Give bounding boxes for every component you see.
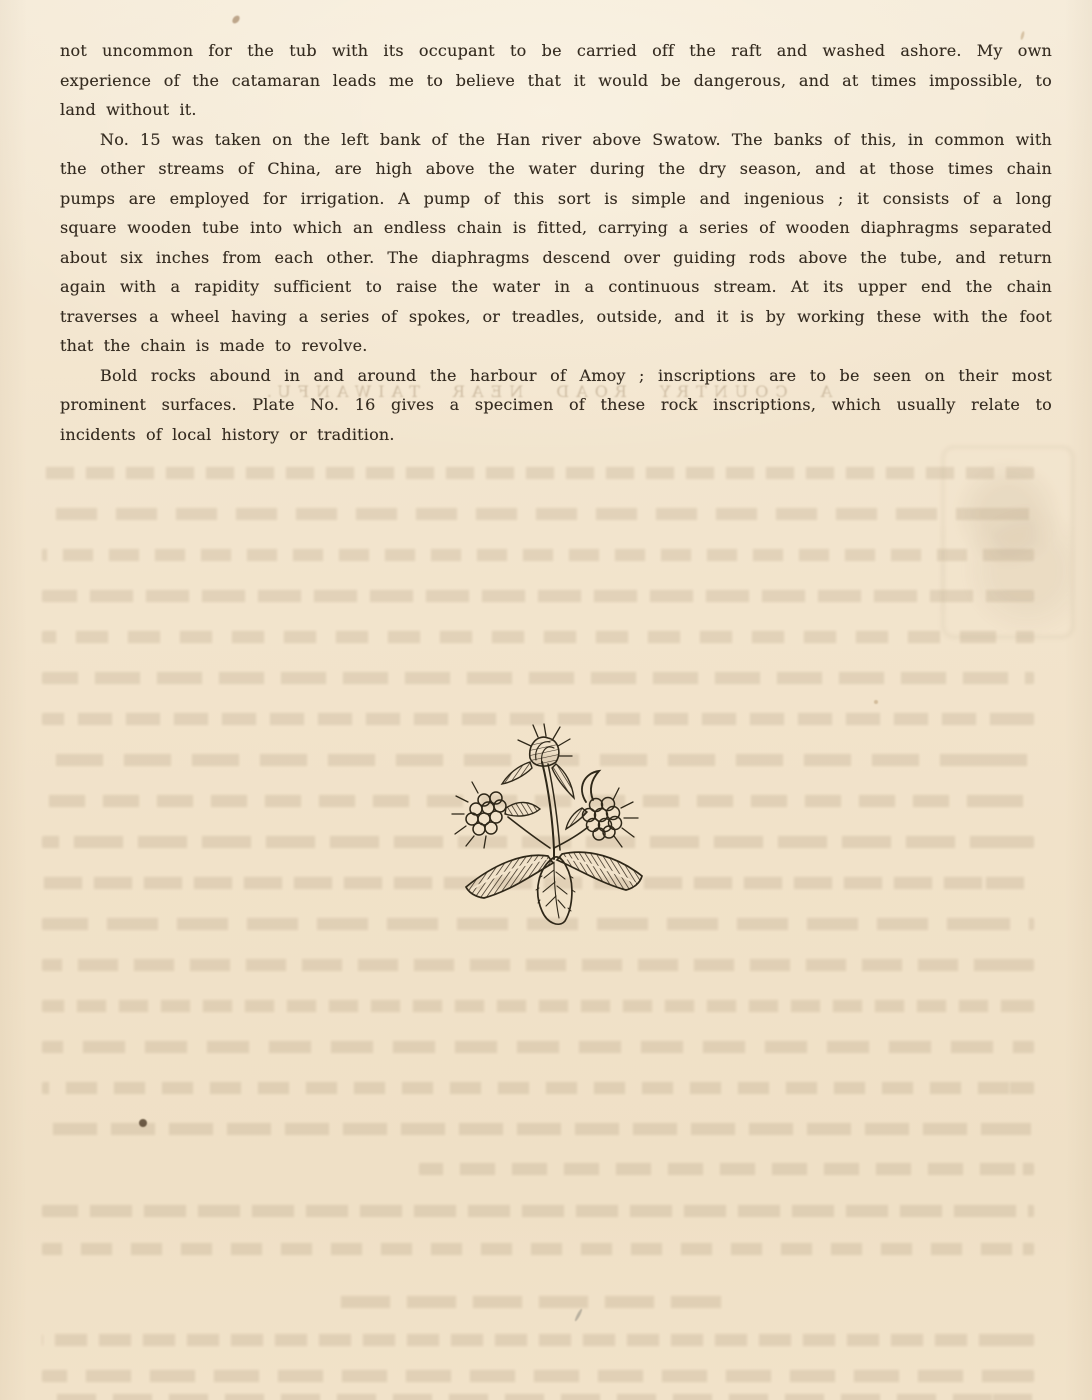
- scanned-book-page: A COUNTRY ROAD NEAR TAIWANFU. not uncomm…: [0, 0, 1092, 1400]
- bleedthrough-text-line: [42, 631, 1034, 643]
- bleedthrough-text-line: [42, 1394, 1034, 1400]
- bleedthrough-text-line: [42, 1243, 1034, 1255]
- bleedthrough-text-line: [42, 467, 1034, 479]
- paper-speck: [574, 1308, 583, 1322]
- paper-speck: [874, 700, 878, 704]
- raspberry-sprig-woodcut-illustration: [450, 716, 650, 935]
- paragraph-amoy-rocks: Bold rocks abound in and around the harb…: [60, 361, 1052, 450]
- bleedthrough-text-line: [42, 508, 1034, 520]
- bleedthrough-text-line: [42, 672, 1034, 684]
- paragraph-catamaran: not uncommon for the tub with its occupa…: [60, 36, 1052, 125]
- paper-speck: [139, 1119, 147, 1127]
- bleedthrough-text-line: [419, 1163, 1034, 1175]
- bleedthrough-text-line: [42, 1334, 1034, 1346]
- bleedthrough-text-line: [42, 590, 1034, 602]
- body-text: not uncommon for the tub with its occupa…: [60, 36, 1052, 449]
- bleedthrough-text-line: [42, 549, 1034, 561]
- paper-speck: [231, 14, 241, 25]
- bleedthrough-ornament: [942, 446, 1074, 638]
- bleedthrough-text-line: [42, 959, 1034, 971]
- bleedthrough-text-line: [42, 1370, 1034, 1382]
- bleedthrough-text-line: [42, 1041, 1034, 1053]
- bleedthrough-text-line: [42, 1000, 1034, 1012]
- bleedthrough-text-line: [327, 1296, 724, 1308]
- paragraph-chain-pump: No. 15 was taken on the left bank of the…: [60, 125, 1052, 361]
- bleedthrough-text-line: [42, 1205, 1034, 1217]
- bleedthrough-text-line: [42, 1123, 1034, 1135]
- bleedthrough-text-line: [42, 1082, 1034, 1094]
